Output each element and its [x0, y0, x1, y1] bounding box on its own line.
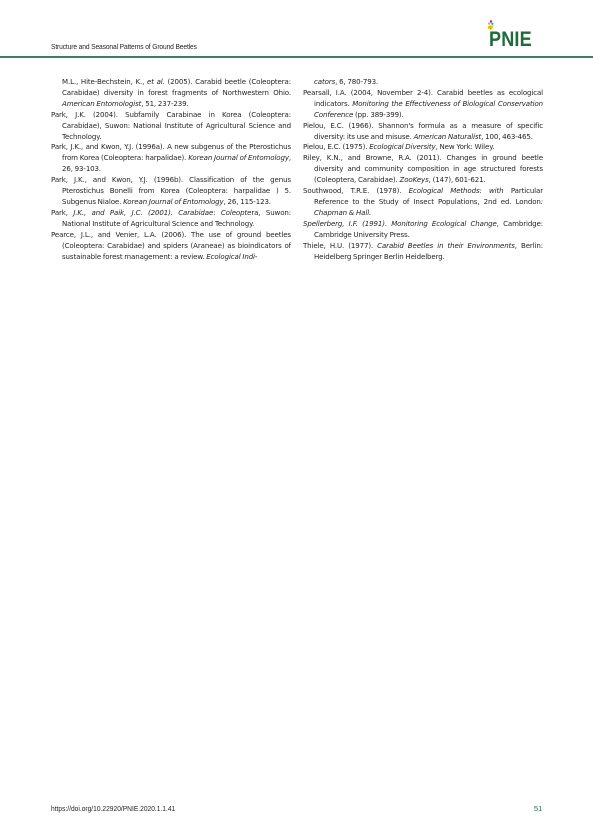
- header-rule: [0, 56, 593, 58]
- reference-entry: Spellerberg, I.F. (1991). Monitoring Eco…: [303, 219, 543, 241]
- reference-italic-text: American Entomologist: [62, 99, 141, 108]
- reference-entry: Park, J.K., and Kwon, Y.J. (1996a). A ne…: [51, 142, 291, 175]
- reference-entry-continued: cators, 6, 780-793.: [303, 77, 543, 88]
- reference-entry: Southwood, T.R.E. (1978). Ecological Met…: [303, 186, 543, 219]
- reference-italic-text: et al.: [147, 77, 165, 86]
- reference-text: , (147), 601-621.: [429, 175, 486, 184]
- running-title: Structure and Seasonal Patterns of Groun…: [51, 42, 197, 51]
- reference-entry: Pearce, J.L., and Venier, L.A. (2006). T…: [51, 230, 291, 263]
- reference-italic-text: Carabid Beetles in their Environments: [377, 241, 515, 250]
- reference-italic-text: Spellerberg, I.F. (1991). Monitoring Eco…: [303, 219, 497, 228]
- logo-text: PNIE: [489, 28, 532, 52]
- reference-text: Park, J.K. (2004). Subfamily Carabinae i…: [51, 110, 291, 141]
- reference-text: , 51, 237-239.: [141, 99, 188, 108]
- reference-entry: Park, J.K. (2004). Subfamily Carabinae i…: [51, 110, 291, 143]
- reference-text: Thiele, H.U. (1977).: [303, 241, 377, 250]
- reference-text: , 26, 115-123.: [224, 197, 271, 206]
- reference-italic-text: Coleopte: [221, 208, 251, 217]
- reference-entry: Park, J.K., and Paik, J.C. (2001). Carab…: [51, 208, 291, 230]
- reference-entry: Pielou, E.C. (1966). Shannon's formula a…: [303, 121, 543, 143]
- page-header: Structure and Seasonal Patterns of Groun…: [0, 0, 593, 57]
- reference-text: Southwood, T.R.E. (1978).: [303, 186, 409, 195]
- doi-link[interactable]: https://doi.org/10.22920/PNIE.2020.1.1.4…: [51, 804, 175, 813]
- reference-column-right: cators, 6, 780-793.Pearsall, I.A. (2004,…: [303, 77, 543, 262]
- reference-italic-text: Ecological Diversity: [369, 142, 435, 151]
- reference-text: (pp. 389-399).: [353, 110, 403, 119]
- reference-entry: Pielou, E.C. (1975). Ecological Diversit…: [303, 142, 543, 153]
- reference-italic-text: Ecological Methods: with: [409, 186, 511, 195]
- reference-text: , New York: Wiley.: [436, 142, 495, 151]
- reference-text: M.L., Hite-Bechstein, K.,: [62, 77, 147, 86]
- reference-text: , 6, 780-793.: [335, 77, 378, 86]
- page-number: 51: [534, 804, 542, 813]
- reference-entry: Thiele, H.U. (1977). Carabid Beetles in …: [303, 241, 543, 263]
- reference-italic-text: Korean Journal of Entomology: [188, 153, 289, 162]
- reference-text: , 100, 463-465.: [481, 132, 533, 141]
- reference-entry: Riley, K.N., and Browne, R.A. (2011). Ch…: [303, 153, 543, 186]
- reference-column-left: M.L., Hite-Bechstein, K., et al. (2005).…: [51, 77, 291, 262]
- reference-entry-continued: M.L., Hite-Bechstein, K., et al. (2005).…: [51, 77, 291, 110]
- reference-text: Park,: [51, 208, 73, 217]
- reference-italic-text: cators: [314, 77, 335, 86]
- reference-italic-text: Ecological Indi-: [206, 252, 257, 261]
- reference-italic-text: Korean Journal of Entomology: [123, 197, 224, 206]
- reference-italic-text: American Naturalist: [414, 132, 482, 141]
- reference-text: :: [213, 208, 221, 217]
- reference-italic-text: J.K., and Paik, J.C. (2001). Carabidae: [73, 208, 213, 217]
- reference-italic-text: ZooKeys: [400, 175, 429, 184]
- reference-text: Pielou, E.C. (1975).: [303, 142, 369, 151]
- reference-entry: Park, J.K., and Kwon, Y.J. (1996b). Clas…: [51, 175, 291, 208]
- journal-logo: PNIE: [486, 20, 546, 54]
- reference-entry: Pearsall, I.A. (2004, November 2-4). Car…: [303, 88, 543, 121]
